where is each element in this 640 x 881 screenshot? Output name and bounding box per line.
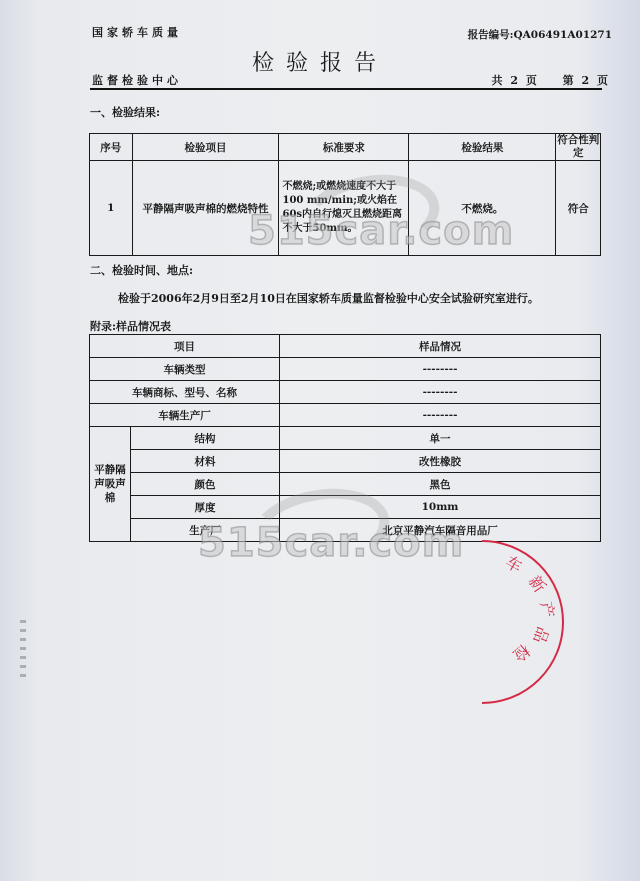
table-row: 车辆商标、型号、名称 -------- bbox=[90, 381, 601, 404]
appendix-title: 附录:样品情况表 bbox=[90, 318, 171, 334]
row-label: 车辆生产厂 bbox=[90, 404, 280, 427]
row-value: 10mm bbox=[280, 496, 601, 519]
col-result: 检验结果 bbox=[409, 134, 556, 161]
col-seq: 序号 bbox=[90, 134, 133, 161]
row-value: 单一 bbox=[280, 427, 601, 450]
row-label: 生产厂 bbox=[131, 519, 280, 542]
col-item: 项目 bbox=[90, 335, 280, 358]
cell-conformity: 符合 bbox=[556, 161, 601, 256]
table-row: 车辆类型 -------- bbox=[90, 358, 601, 381]
cell-result: 不燃烧。 bbox=[409, 161, 556, 256]
report-number: 报告编号:QA06491A01271 bbox=[468, 27, 612, 42]
table-row: 厚度 10mm bbox=[90, 496, 601, 519]
cell-item: 平静隔声吸声棉的燃烧特性 bbox=[132, 161, 279, 256]
header-divider bbox=[90, 88, 602, 90]
row-value: 黑色 bbox=[280, 473, 601, 496]
col-item: 检验项目 bbox=[132, 134, 279, 161]
row-label: 车辆类型 bbox=[90, 358, 280, 381]
org-name-line2: 监督检验中心 bbox=[92, 72, 182, 88]
page-info: 共 2 页 第 2 页 bbox=[486, 72, 611, 88]
results-header-row: 序号 检验项目 标准要求 检验结果 符合性判定 bbox=[90, 134, 601, 161]
table-row: 颜色 黑色 bbox=[90, 473, 601, 496]
table-row: 1 平静隔声吸声棉的燃烧特性 不燃烧;或燃烧速度不大于100 mm/min;或火… bbox=[90, 161, 601, 256]
table-row: 平静隔声吸声棉 结构 单一 bbox=[90, 427, 601, 450]
cell-seq: 1 bbox=[90, 161, 133, 256]
col-conformity: 符合性判定 bbox=[556, 134, 601, 161]
report-page: 国家轿车质量 报告编号:QA06491A01271 检验报告 监督检验中心 共 … bbox=[0, 0, 640, 881]
results-table: 序号 检验项目 标准要求 检验结果 符合性判定 1 平静隔声吸声棉的燃烧特性 不… bbox=[89, 133, 601, 256]
scan-specks bbox=[20, 620, 26, 680]
sample-table: 项目 样品情况 车辆类型 -------- 车辆商标、型号、名称 -------… bbox=[89, 334, 601, 542]
table-row: 生产厂 北京平静汽车隔音用品厂 bbox=[90, 519, 601, 542]
col-sample-status: 样品情况 bbox=[280, 335, 601, 358]
section-results-title: 一、检验结果: bbox=[90, 104, 160, 120]
row-label: 结构 bbox=[131, 427, 280, 450]
row-value: -------- bbox=[280, 381, 601, 404]
org-name-line1: 国家轿车质量 bbox=[92, 24, 182, 40]
time-place-text: 检验于2006年2月9日至2月10日在国家轿车质量监督检验中心安全试验研究室进行… bbox=[118, 290, 539, 306]
section-time-place-title: 二、检验时间、地点: bbox=[90, 262, 193, 278]
row-label: 车辆商标、型号、名称 bbox=[90, 381, 280, 404]
table-row: 材料 改性橡胶 bbox=[90, 450, 601, 473]
row-label: 颜色 bbox=[131, 473, 280, 496]
row-label: 厚度 bbox=[131, 496, 280, 519]
group-label: 平静隔声吸声棉 bbox=[90, 427, 131, 542]
official-seal-stamp bbox=[400, 540, 564, 704]
total-pages: 共 2 页 bbox=[492, 74, 539, 87]
row-label: 材料 bbox=[131, 450, 280, 473]
sample-header-row: 项目 样品情况 bbox=[90, 335, 601, 358]
current-page: 第 2 页 bbox=[563, 74, 610, 87]
row-value: 北京平静汽车隔音用品厂 bbox=[280, 519, 601, 542]
col-standard: 标准要求 bbox=[279, 134, 409, 161]
cell-standard: 不燃烧;或燃烧速度不大于100 mm/min;或火焰在60s内自行熄灭且燃烧距离… bbox=[279, 161, 409, 256]
table-row: 车辆生产厂 -------- bbox=[90, 404, 601, 427]
row-value: 改性橡胶 bbox=[280, 450, 601, 473]
row-value: -------- bbox=[280, 404, 601, 427]
row-value: -------- bbox=[280, 358, 601, 381]
